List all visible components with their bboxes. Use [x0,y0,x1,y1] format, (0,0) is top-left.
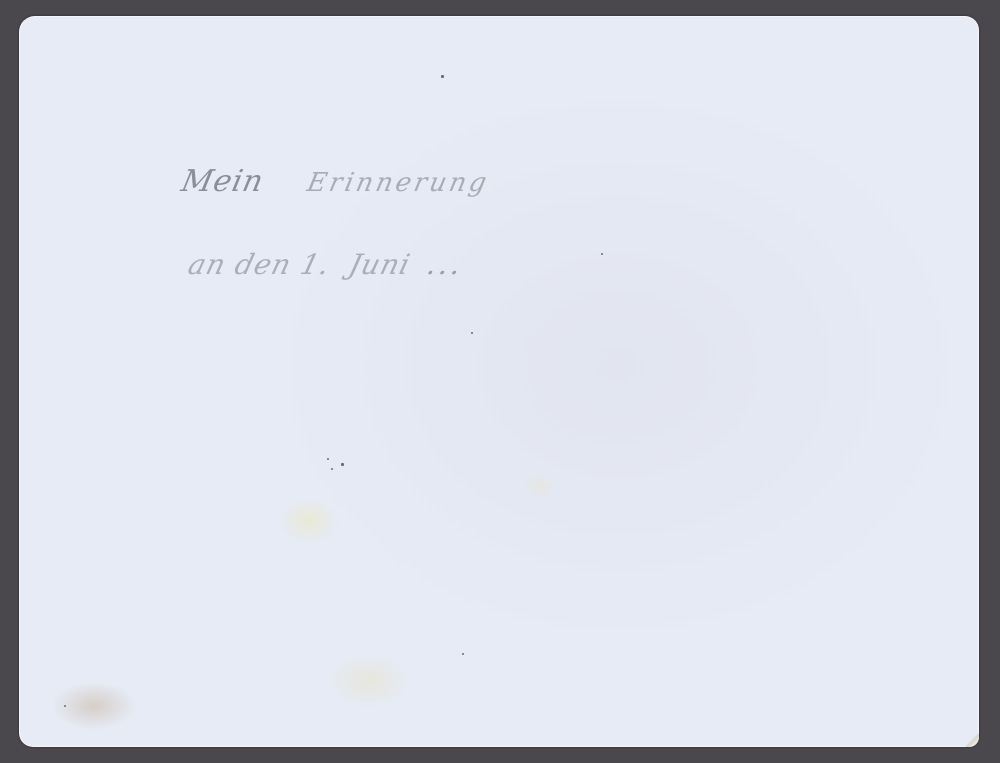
speck-mark [471,332,473,334]
handwritten-line-2: an den 1. Juni ... [185,248,468,281]
handwritten-line-1: Mein Erinnerung [178,164,493,199]
speck-mark [441,75,444,78]
corner-curl [965,733,979,747]
handwritten-word: Mein [178,164,267,199]
speck-mark [462,653,464,655]
handwritten-word: den [232,248,296,281]
handwritten-word: an [185,248,230,281]
speck-mark [331,468,333,470]
speck-mark [64,705,66,707]
speck-mark [327,458,329,460]
speck-mark [341,463,344,466]
handwritten-word: Erinnerung [304,168,492,198]
handwritten-word: ... [424,248,468,281]
speck-mark [601,253,603,255]
photo-back-card: Mein Erinnerung an den 1. Juni ... [19,16,979,747]
handwritten-word: Juni [346,248,414,281]
handwritten-word: 1. [297,248,334,281]
